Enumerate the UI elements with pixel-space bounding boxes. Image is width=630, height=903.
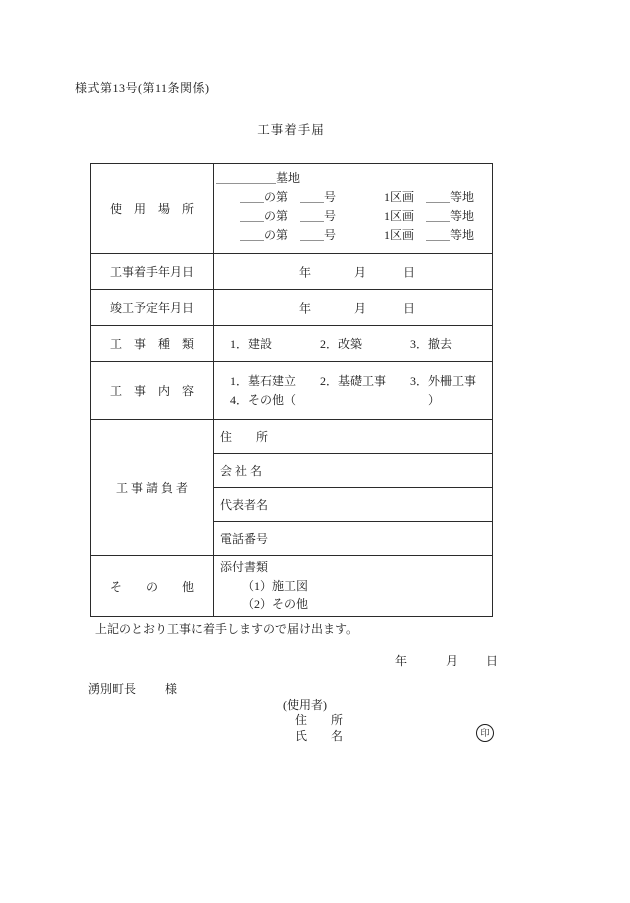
year-label: 年 bbox=[299, 299, 311, 316]
work-type-options[interactable]: 1．建設 2．改築 3．撤去 bbox=[214, 326, 493, 362]
work-content-label: 工 事 内 容 bbox=[91, 362, 214, 420]
addressee-honorific: 様 bbox=[165, 680, 177, 697]
work-content-line2: 4．その他（ ） bbox=[230, 391, 492, 410]
contractor-address-field[interactable]: 住 所 bbox=[214, 420, 493, 454]
year-label: 年 bbox=[395, 652, 407, 669]
table-row-usage-place: 使 用 場 所 ＿＿＿＿＿墓地 ＿＿の第 ＿＿号 1区画 ＿＿等地 ＿＿の第 ＿… bbox=[91, 164, 493, 254]
form-table: 使 用 場 所 ＿＿＿＿＿墓地 ＿＿の第 ＿＿号 1区画 ＿＿等地 ＿＿の第 ＿… bbox=[90, 163, 493, 617]
month-label: 月 bbox=[446, 652, 458, 669]
seal-mark-icon: 印 bbox=[476, 724, 494, 742]
other-field[interactable]: 添付書類 （1）施工図 （2）その他 bbox=[214, 556, 493, 617]
day-label: 日 bbox=[403, 299, 415, 316]
user-address-field[interactable]: 住 所 bbox=[295, 711, 343, 728]
cemetery-blank-line[interactable]: ＿＿＿＿＿墓地 bbox=[216, 169, 492, 188]
work-type-label: 工 事 種 類 bbox=[91, 326, 214, 362]
contractor-phone-field[interactable]: 電話番号 bbox=[214, 522, 493, 556]
month-label: 月 bbox=[354, 299, 366, 316]
attachment-item: （1）施工図 bbox=[220, 577, 492, 596]
document-page: 様式第13号(第11条関係) 工事着手届 使 用 場 所 ＿＿＿＿＿墓地 ＿＿の… bbox=[0, 0, 630, 903]
table-row-completion-date: 竣工予定年月日 年 月 日 bbox=[91, 290, 493, 326]
month-label: 月 bbox=[354, 263, 366, 280]
plot-blank-line[interactable]: ＿＿の第 ＿＿号 1区画 ＿＿等地 bbox=[216, 207, 492, 226]
declaration-statement: 上記のとおり工事に着手しますので届け出ます。 bbox=[95, 620, 358, 637]
usage-place-field[interactable]: ＿＿＿＿＿墓地 ＿＿の第 ＿＿号 1区画 ＿＿等地 ＿＿の第 ＿＿号 1区画 ＿… bbox=[214, 164, 493, 254]
work-content-options[interactable]: 1．墓石建立 2．基礎工事 3．外柵工事 4．その他（ ） bbox=[214, 362, 493, 420]
work-content-line1: 1．墓石建立 2．基礎工事 3．外柵工事 bbox=[230, 372, 492, 391]
table-row-contractor-address: 工 事 請 負 者 住 所 bbox=[91, 420, 493, 454]
year-label: 年 bbox=[299, 263, 311, 280]
contractor-company-field[interactable]: 会 社 名 bbox=[214, 454, 493, 488]
form-number: 様式第13号(第11条関係) bbox=[75, 79, 210, 96]
plot-blank-line[interactable]: ＿＿の第 ＿＿号 1区画 ＿＿等地 bbox=[216, 188, 492, 207]
start-date-field[interactable]: 年 月 日 bbox=[214, 254, 493, 290]
addressee-name: 湧別町長 bbox=[88, 680, 136, 697]
attachment-item: （2）その他 bbox=[220, 595, 492, 614]
other-label: そ の 他 bbox=[91, 556, 214, 617]
plot-blank-line[interactable]: ＿＿の第 ＿＿号 1区画 ＿＿等地 bbox=[216, 226, 492, 245]
seal-character: 印 bbox=[480, 729, 489, 738]
usage-place-label: 使 用 場 所 bbox=[91, 164, 214, 254]
page-title: 工事着手届 bbox=[90, 120, 492, 138]
completion-date-field[interactable]: 年 月 日 bbox=[214, 290, 493, 326]
table-row-work-type: 工 事 種 類 1．建設 2．改築 3．撤去 bbox=[91, 326, 493, 362]
table-row-start-date: 工事着手年月日 年 月 日 bbox=[91, 254, 493, 290]
table-row-work-content: 工 事 内 容 1．墓石建立 2．基礎工事 3．外柵工事 4．その他（ ） bbox=[91, 362, 493, 420]
table-row-other: そ の 他 添付書類 （1）施工図 （2）その他 bbox=[91, 556, 493, 617]
user-name-field[interactable]: 氏 名 bbox=[295, 727, 343, 744]
contractor-representative-field[interactable]: 代表者名 bbox=[214, 488, 493, 522]
attachment-title: 添付書類 bbox=[220, 558, 492, 577]
day-label: 日 bbox=[403, 263, 415, 280]
contractor-label: 工 事 請 負 者 bbox=[91, 420, 214, 556]
start-date-label: 工事着手年月日 bbox=[91, 254, 214, 290]
completion-date-label: 竣工予定年月日 bbox=[91, 290, 214, 326]
day-label: 日 bbox=[486, 652, 498, 669]
